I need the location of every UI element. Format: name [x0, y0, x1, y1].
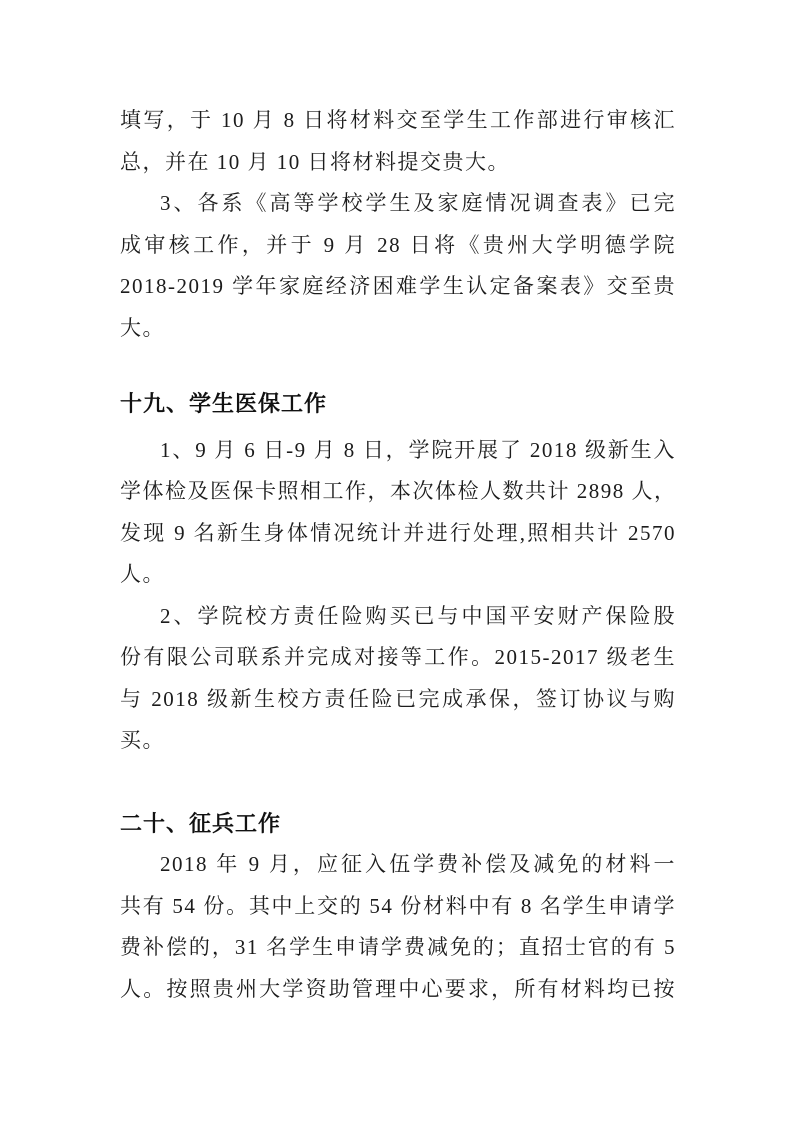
document-page: 填写，于 10 月 8 日将材料交至学生工作部进行审核汇 总，并在 10 月 1… [0, 0, 793, 1122]
document-body: 填写，于 10 月 8 日将材料交至学生工作部进行审核汇 总，并在 10 月 1… [120, 100, 676, 1010]
text-line: 3、各系《高等学校学生及家庭情况调查表》已完 [120, 183, 676, 225]
text-line: 发现 9 名新生身体情况统计并进行处理,照相共计 2570 [120, 513, 676, 555]
text-line: 大。 [120, 308, 676, 350]
paragraph-survey-forms: 3、各系《高等学校学生及家庭情况调查表》已完 成审核工作，并于 9 月 28 日… [120, 183, 676, 349]
text-line: 成审核工作，并于 9 月 28 日将《贵州大学明德学院 [120, 225, 676, 267]
text-line: 共有 54 份。其中上交的 54 份材料中有 8 名学生申请学 [120, 886, 676, 928]
text-line: 人。按照贵州大学资助管理中心要求，所有材料均已按 [120, 969, 676, 1011]
text-line: 2018-2019 学年家庭经济困难学生认定备案表》交至贵 [120, 266, 676, 308]
paragraph-insurance: 2、学院校方责任险购买已与中国平安财产保险股 份有限公司联系并完成对接等工作。2… [120, 596, 676, 762]
section-heading-19-medical-insurance: 十九、学生医保工作 [120, 383, 676, 425]
text-line: 费补偿的，31 名学生申请学费减免的；直招士官的有 5 [120, 927, 676, 969]
paragraph-enlistment: 2018 年 9 月，应征入伍学费补偿及减免的材料一 共有 54 份。其中上交的… [120, 844, 676, 1010]
text-line: 学体检及医保卡照相工作，本次体检人数共计 2898 人， [120, 471, 676, 513]
section-heading-20-conscription: 二十、征兵工作 [120, 803, 676, 845]
paragraph-material-review: 填写，于 10 月 8 日将材料交至学生工作部进行审核汇 总，并在 10 月 1… [120, 100, 676, 183]
text-line: 份有限公司联系并完成对接等工作。2015-2017 级老生 [120, 637, 676, 679]
text-line: 买。 [120, 720, 676, 762]
text-line: 人。 [120, 554, 676, 596]
paragraph-checkup: 1、9 月 6 日-9 月 8 日，学院开展了 2018 级新生入 学体检及医保… [120, 430, 676, 596]
text-line: 与 2018 级新生校方责任险已完成承保，签订协议与购 [120, 679, 676, 721]
text-line: 2018 年 9 月，应征入伍学费补偿及减免的材料一 [120, 844, 676, 886]
text-line: 2、学院校方责任险购买已与中国平安财产保险股 [120, 596, 676, 638]
text-line: 总，并在 10 月 10 日将材料提交贵大。 [120, 142, 676, 184]
text-line: 1、9 月 6 日-9 月 8 日，学院开展了 2018 级新生入 [120, 430, 676, 472]
text-line: 填写，于 10 月 8 日将材料交至学生工作部进行审核汇 [120, 100, 676, 142]
